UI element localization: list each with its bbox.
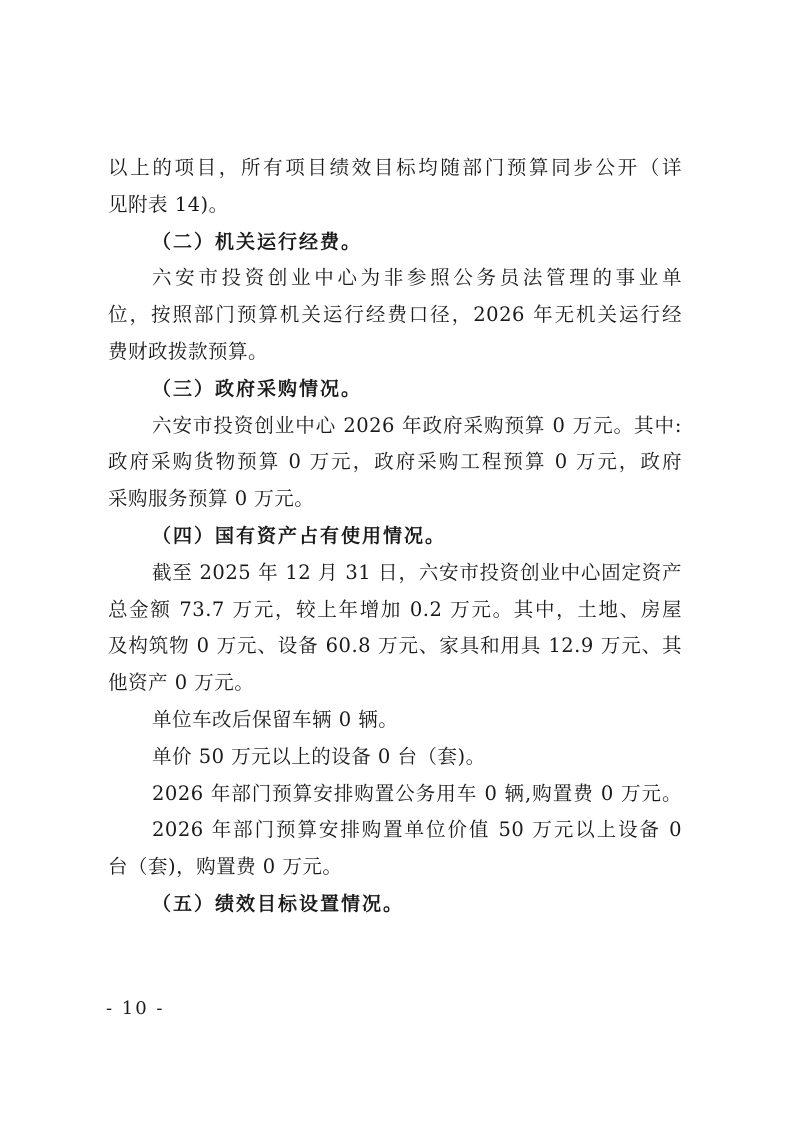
text-line: 台（套)，购置费 0 万元。 <box>108 849 682 886</box>
text-line: 以上的项目，所有项目绩效目标均随部门预算同步公开（详 <box>108 150 682 187</box>
page-number: - 10 - <box>106 998 165 1019</box>
text-line: 及构筑物 0 万元、设备 60.8 万元、家具和用具 12.9 万元、其 <box>108 628 682 665</box>
text-line: 费财政拨款预算。 <box>108 334 682 371</box>
document-page-body: 以上的项目，所有项目绩效目标均随部门预算同步公开（详 见附表 14)。 （二）机… <box>108 150 682 923</box>
text-line: 采购服务预算 0 万元。 <box>108 481 682 518</box>
text-line: 六安市投资创业中心 2026 年政府采购预算 0 万元。其中: <box>108 408 682 445</box>
text-line: 他资产 0 万元。 <box>108 665 682 702</box>
text-line: 政府采购货物预算 0 万元，政府采购工程预算 0 万元，政府 <box>108 444 682 481</box>
section-heading-state-assets: （四）国有资产占有使用情况。 <box>108 518 682 555</box>
text-line: 总金额 73.7 万元，较上年增加 0.2 万元。其中，土地、房屋 <box>108 592 682 629</box>
text-line: 单位车改后保留车辆 0 辆。 <box>108 702 682 739</box>
text-line: 2026 年部门预算安排购置公务用车 0 辆,购置费 0 万元。 <box>108 776 682 813</box>
section-heading-government-procurement: （三）政府采购情况。 <box>108 371 682 408</box>
text-line: 截至 2025 年 12 月 31 日，六安市投资创业中心固定资产 <box>108 555 682 592</box>
text-line: 六安市投资创业中心为非参照公务员法管理的事业单 <box>108 260 682 297</box>
text-line: 见附表 14)。 <box>108 187 682 224</box>
section-heading-performance-targets: （五）绩效目标设置情况。 <box>108 886 682 923</box>
section-heading-operating-expenses: （二）机关运行经费。 <box>108 224 682 261</box>
text-line: 位，按照部门预算机关运行经费口径，2026 年无机关运行经 <box>108 297 682 334</box>
text-line: 单价 50 万元以上的设备 0 台（套)。 <box>108 739 682 776</box>
text-line: 2026 年部门预算安排购置单位价值 50 万元以上设备 0 <box>108 812 682 849</box>
